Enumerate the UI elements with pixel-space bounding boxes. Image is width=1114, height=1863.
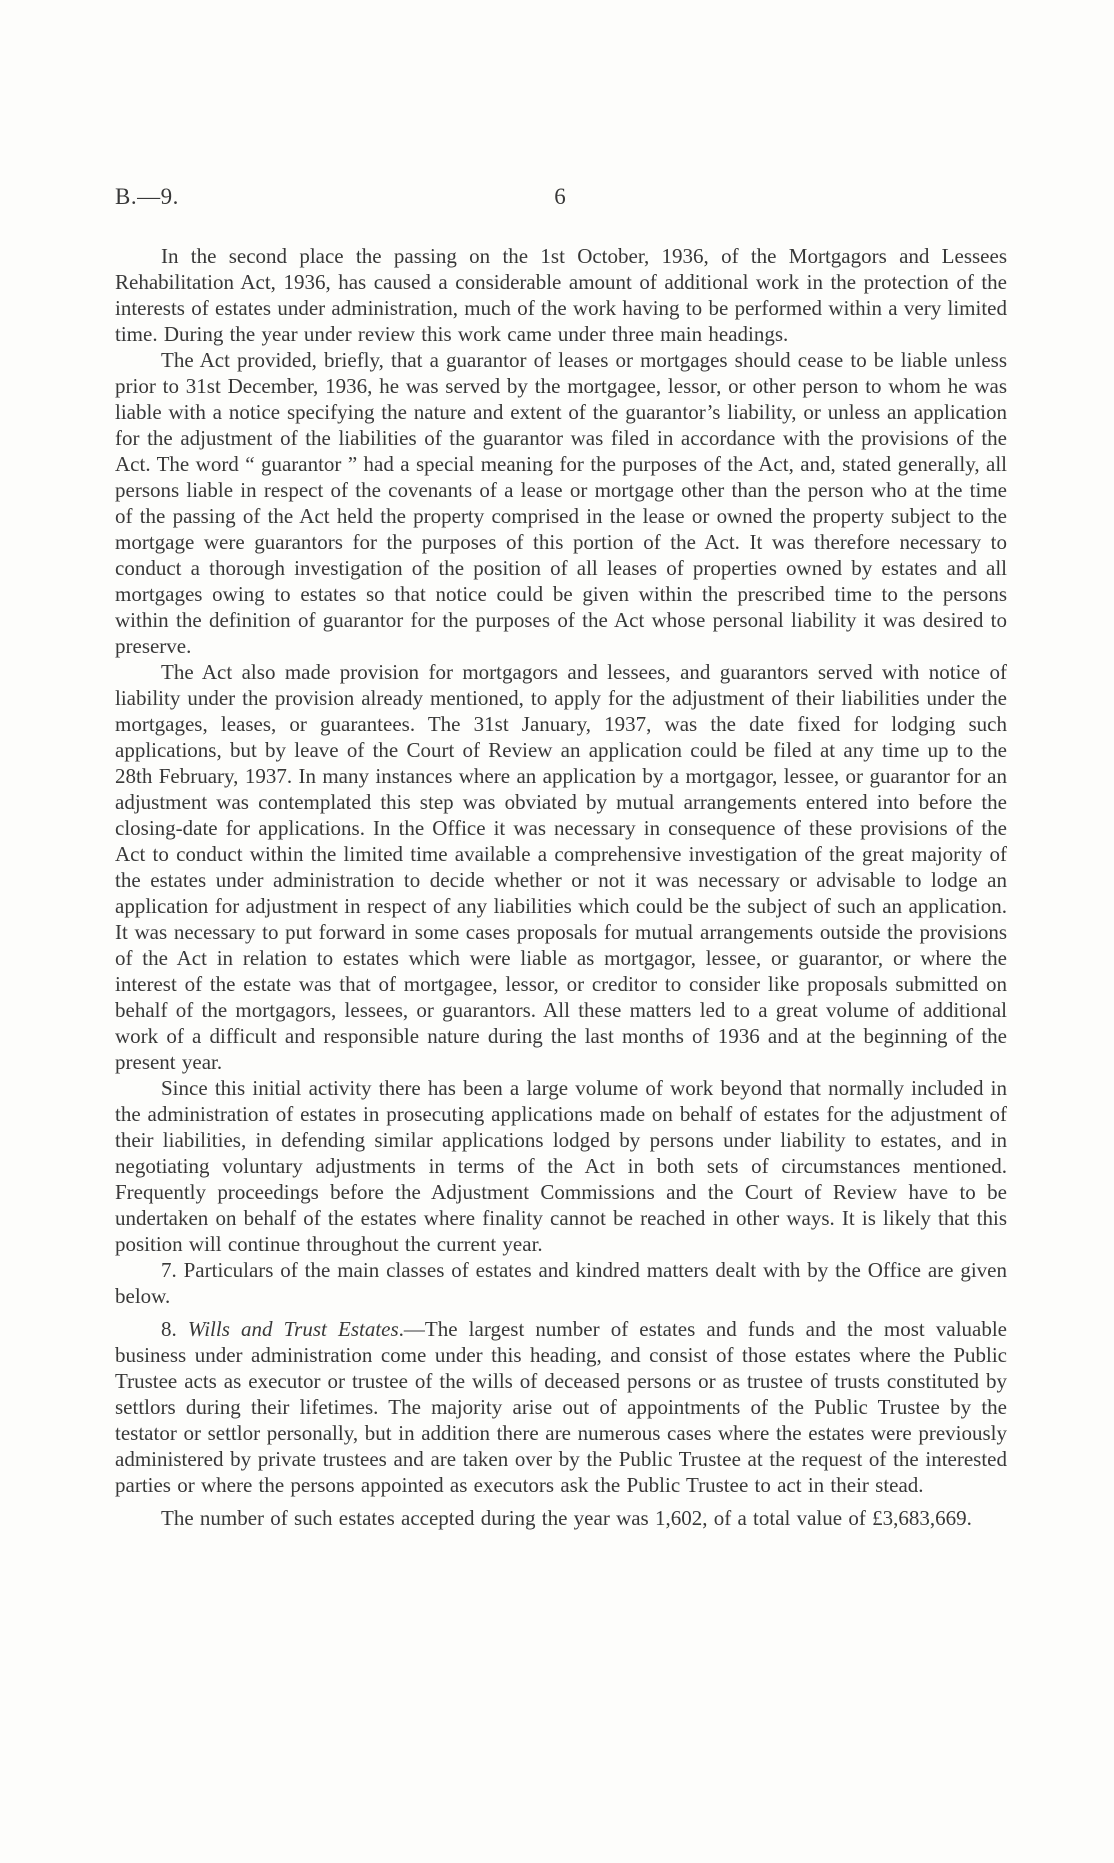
page-header: B.—9. 6 (115, 184, 1005, 214)
paragraph-text: The number of such estates accepted duri… (161, 1506, 972, 1530)
paragraph: The number of such estates accepted duri… (115, 1505, 1007, 1531)
page-number: 6 (554, 184, 566, 210)
paragraph: Since this initial activity there has be… (115, 1075, 1007, 1257)
paragraph: The Act provided, briefly, that a guaran… (115, 347, 1007, 659)
paragraph: The Act also made provision for mortgago… (115, 659, 1007, 1075)
paragraph-text: .—The largest number of estates and fund… (115, 1317, 1007, 1497)
paragraph-text: In the second place the passing on the 1… (115, 244, 1007, 346)
paragraph-text: Since this initial activity there has be… (115, 1076, 1007, 1256)
paragraph-text: 8. (161, 1317, 188, 1341)
paragraph: 7. Particulars of the main classes of es… (115, 1257, 1007, 1309)
paragraph: 8. Wills and Trust Estates.—The largest … (115, 1316, 1007, 1498)
paragraph-text: The Act also made provision for mortgago… (115, 660, 1007, 1074)
italic-heading-text: Wills and Trust Estates (188, 1317, 399, 1341)
paragraph-text: The Act provided, briefly, that a guaran… (115, 348, 1007, 658)
report-series-label: B.—9. (115, 184, 179, 210)
paragraph-text: 7. Particulars of the main classes of es… (115, 1258, 1007, 1308)
paragraph: In the second place the passing on the 1… (115, 243, 1007, 347)
document-body: In the second place the passing on the 1… (115, 243, 1007, 1531)
scanned-page: B.—9. 6 In the second place the passing … (0, 0, 1114, 1863)
